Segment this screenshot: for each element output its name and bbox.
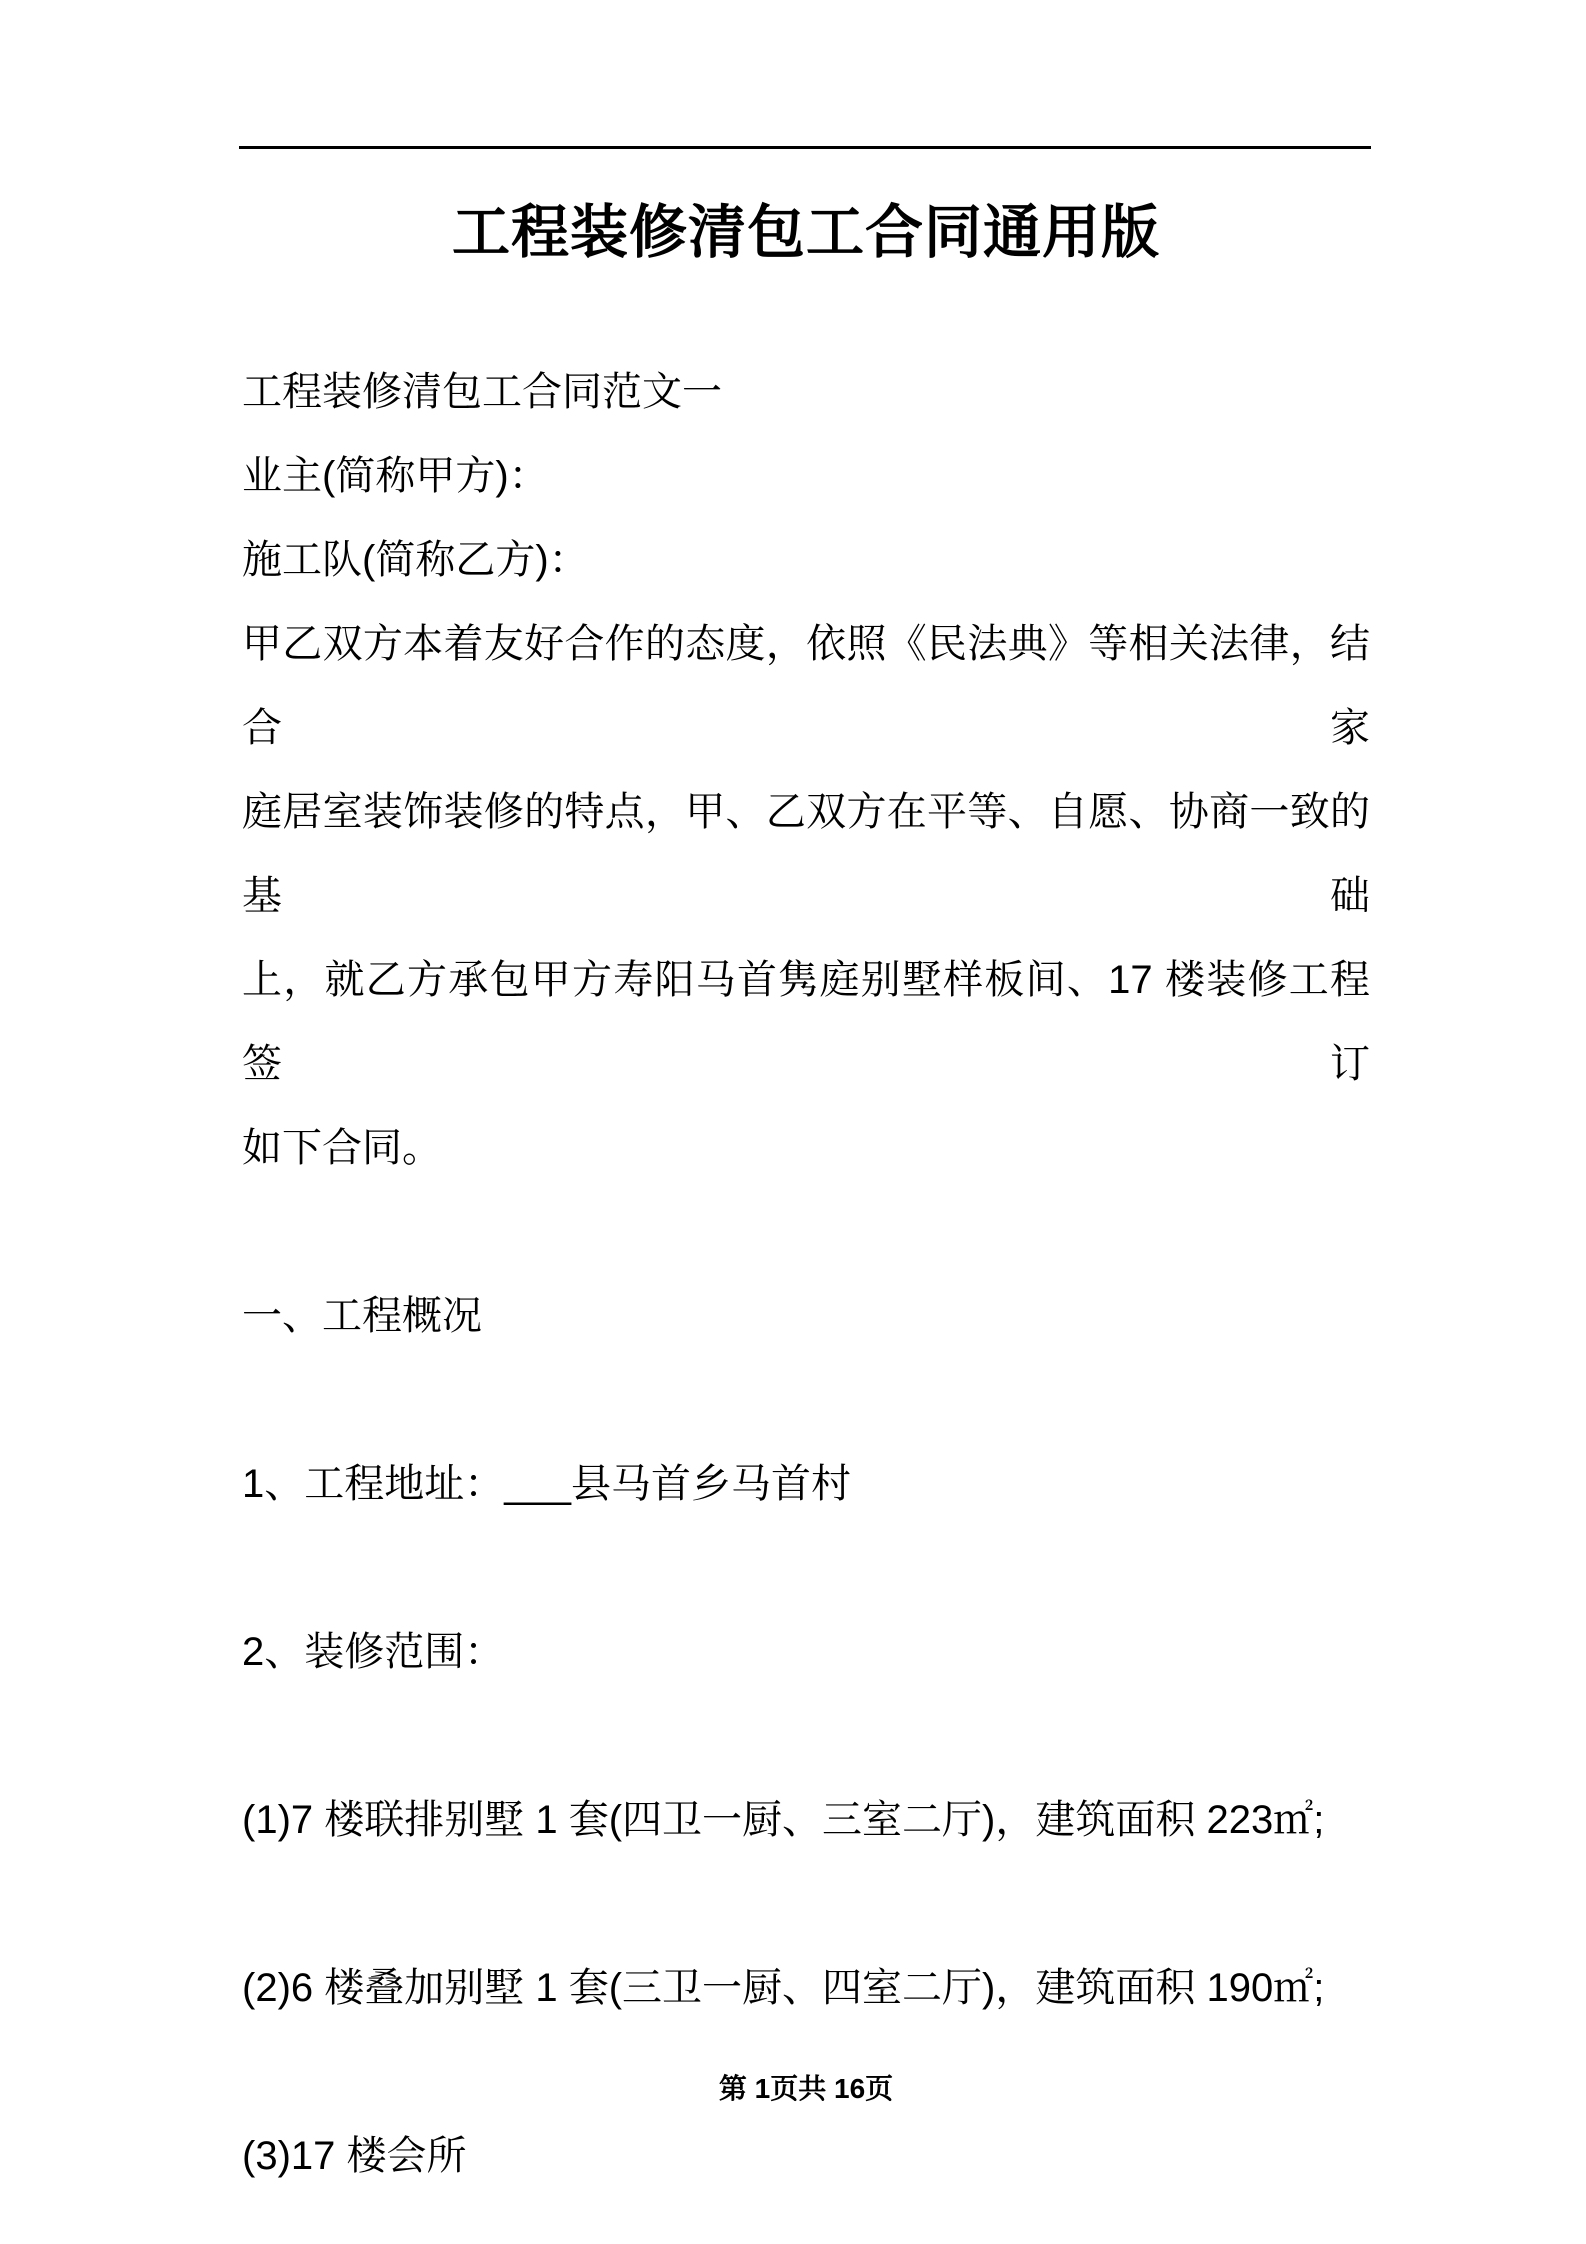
section-heading-project-overview: 一、工程概况 xyxy=(242,1274,1370,1358)
preamble-line-4: 如下合同。 xyxy=(242,1106,1370,1190)
page-footer: 第 1页共 16页 xyxy=(242,2072,1370,2106)
subitem-stacked-villa: (2)6 楼叠加别墅 1 套(三卫一厨、四室二厅)，建筑面积 190㎡; xyxy=(242,1946,1370,2030)
preamble-line-1: 甲乙双方本着友好合作的态度，依照《民法典》等相关法律，结合家 xyxy=(242,602,1370,770)
subitem-townhouse-villa: (1)7 楼联排别墅 1 套(四卫一厨、三室二厅)，建筑面积 223㎡; xyxy=(242,1778,1370,1862)
preamble-line-3: 上，就乙方承包甲方寿阳马首隽庭别墅样板间、17 楼装修工程签订 xyxy=(242,938,1370,1106)
item-project-address: 1、工程地址：___县马首乡马首村 xyxy=(242,1442,1370,1526)
intro-line: 工程装修清包工合同范文一 xyxy=(242,350,1370,434)
document-title: 工程装修清包工合同通用版 xyxy=(242,198,1370,268)
subitem-clubhouse: (3)17 楼会所 xyxy=(242,2114,1370,2198)
preamble-paragraph: 甲乙双方本着友好合作的态度，依照《民法典》等相关法律，结合家 庭居室装饰装修的特… xyxy=(242,602,1370,1190)
page-number-indicator: 第 1页共 16页 xyxy=(719,2073,893,2104)
header-divider-line xyxy=(239,146,1371,149)
party-a-line: 业主(简称甲方)： xyxy=(242,434,1370,518)
contract-document-page: 工程装修清包工合同通用版 工程装修清包工合同范文一 业主(简称甲方)： 施工队(… xyxy=(0,0,1586,2244)
preamble-line-2: 庭居室装饰装修的特点，甲、乙双方在平等、自愿、协商一致的基础 xyxy=(242,770,1370,938)
party-b-line: 施工队(简称乙方)： xyxy=(242,518,1370,602)
document-body: 工程装修清包工合同范文一 业主(简称甲方)： 施工队(简称乙方)： 甲乙双方本着… xyxy=(242,350,1370,2198)
item-renovation-scope: 2、装修范围： xyxy=(242,1610,1370,1694)
